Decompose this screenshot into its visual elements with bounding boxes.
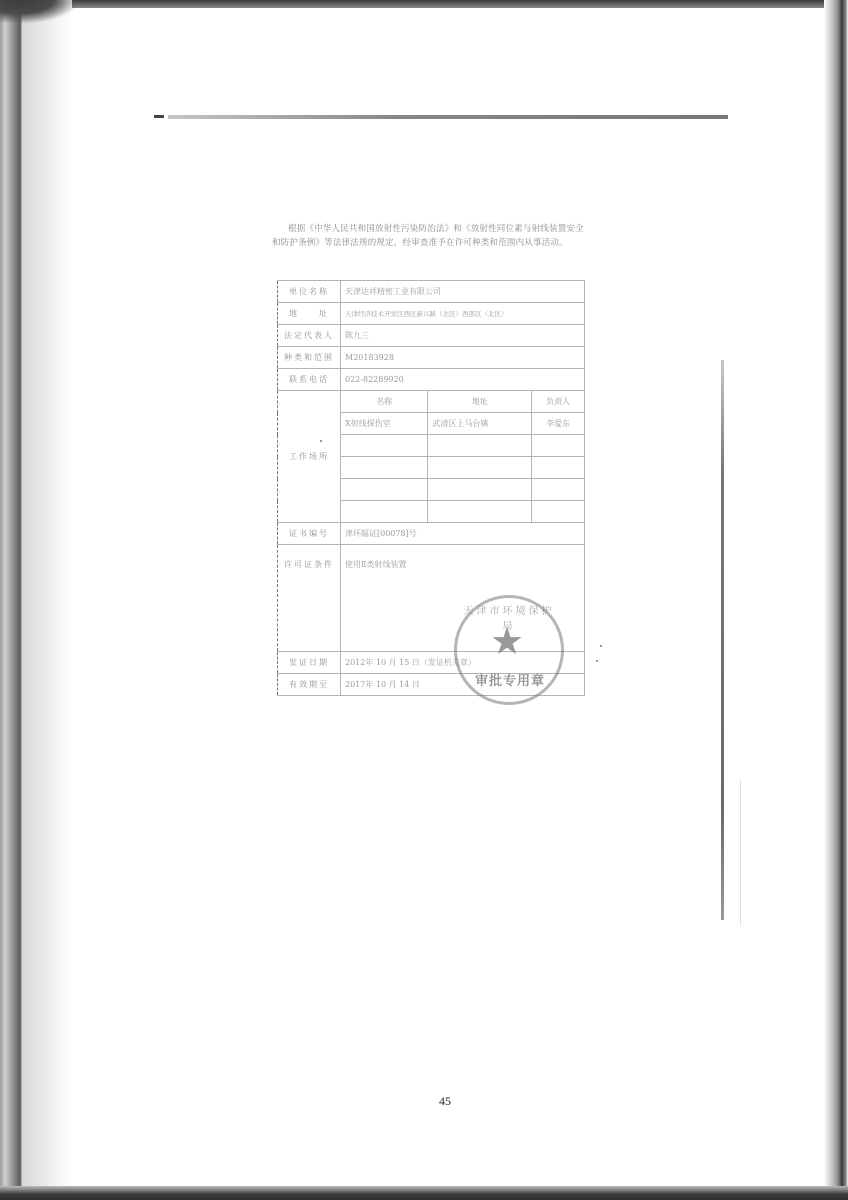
scan-corner xyxy=(0,0,80,24)
license-field-row: 单位名称天津达祥精密工业有限公司 xyxy=(278,281,585,303)
field-value: 天津达祥精密工业有限公司 xyxy=(341,281,585,303)
workplace-cell xyxy=(428,501,532,523)
page-side-rule xyxy=(721,360,724,920)
certificate-row-value: 津环辐证[00078]号 xyxy=(341,523,585,545)
certificate-row-label: 证书编号 xyxy=(278,523,341,545)
workplace-cell xyxy=(341,501,428,523)
field-value: M20183928 xyxy=(341,347,585,369)
official-seal: 天津市环境保护局 ★ 审批专用章 xyxy=(454,595,564,705)
scan-edge-bottom xyxy=(0,1186,848,1200)
field-label: 种类和范围 xyxy=(278,347,341,369)
workplace-cell xyxy=(532,479,585,501)
issue-date-row-label: 发证日期 xyxy=(278,652,341,674)
valid-until-row-label: 有效期至 xyxy=(278,674,341,696)
scan-edge-top xyxy=(0,0,848,8)
scan-speck xyxy=(600,645,602,647)
license-field-row: 种类和范围M20183928 xyxy=(278,347,585,369)
workplace-cell: 武清区上马台镇 xyxy=(428,413,532,435)
field-label: 单位名称 xyxy=(278,281,341,303)
field-label: 联系电话 xyxy=(278,369,341,391)
license-field-row: 地 址天津经济技术开发区西区新兴路（北区）西部区（北区） xyxy=(278,303,585,325)
scan-speck xyxy=(596,660,598,662)
binding-shadow xyxy=(22,0,72,1200)
license-field-row: 法定代表人陈九三 xyxy=(278,325,585,347)
page-number: 45 xyxy=(430,1094,460,1109)
workplace-cell xyxy=(341,435,428,457)
workplace-cell xyxy=(428,435,532,457)
workplace-column-header: 地址 xyxy=(428,391,532,413)
scan-edge-left xyxy=(0,0,22,1200)
workplace-header-row: 工作场所名称地址负责人 xyxy=(278,391,585,413)
seal-bottom-text: 审批专用章 xyxy=(471,670,549,689)
field-value: 陈九三 xyxy=(341,325,585,347)
workplace-cell xyxy=(532,435,585,457)
workplace-cell: X射线探伤室 xyxy=(341,413,428,435)
field-label: 地 址 xyxy=(278,303,341,325)
page-side-rule-thin xyxy=(740,780,741,925)
scan-speck xyxy=(320,440,322,442)
license-preamble: 根据《中华人民共和国放射性污染防治法》和《放射性同位素与射线装置安全和防护条例》… xyxy=(272,222,592,250)
header-rule xyxy=(168,115,728,119)
workplace-label: 工作场所 xyxy=(278,391,341,523)
star-icon: ★ xyxy=(490,622,524,660)
workplace-cell xyxy=(341,457,428,479)
certificate-row: 证书编号津环辐证[00078]号 xyxy=(278,523,585,545)
workplace-cell xyxy=(428,479,532,501)
license-field-row: 联系电话022-82289920 xyxy=(278,369,585,391)
scan-edge-right xyxy=(824,0,848,1200)
field-value: 天津经济技术开发区西区新兴路（北区）西部区（北区） xyxy=(341,303,585,325)
workplace-column-header: 负责人 xyxy=(532,391,585,413)
workplace-cell xyxy=(428,457,532,479)
conditions-row-label: 许可证条件 xyxy=(278,545,341,652)
field-label: 法定代表人 xyxy=(278,325,341,347)
workplace-cell: 李爱东 xyxy=(532,413,585,435)
header-mark xyxy=(154,115,164,118)
license-scan: 根据《中华人民共和国放射性污染防治法》和《放射性同位素与射线装置安全和防护条例》… xyxy=(272,210,617,710)
workplace-column-header: 名称 xyxy=(341,391,428,413)
workplace-cell xyxy=(341,479,428,501)
workplace-cell xyxy=(532,501,585,523)
field-value: 022-82289920 xyxy=(341,369,585,391)
workplace-cell xyxy=(532,457,585,479)
